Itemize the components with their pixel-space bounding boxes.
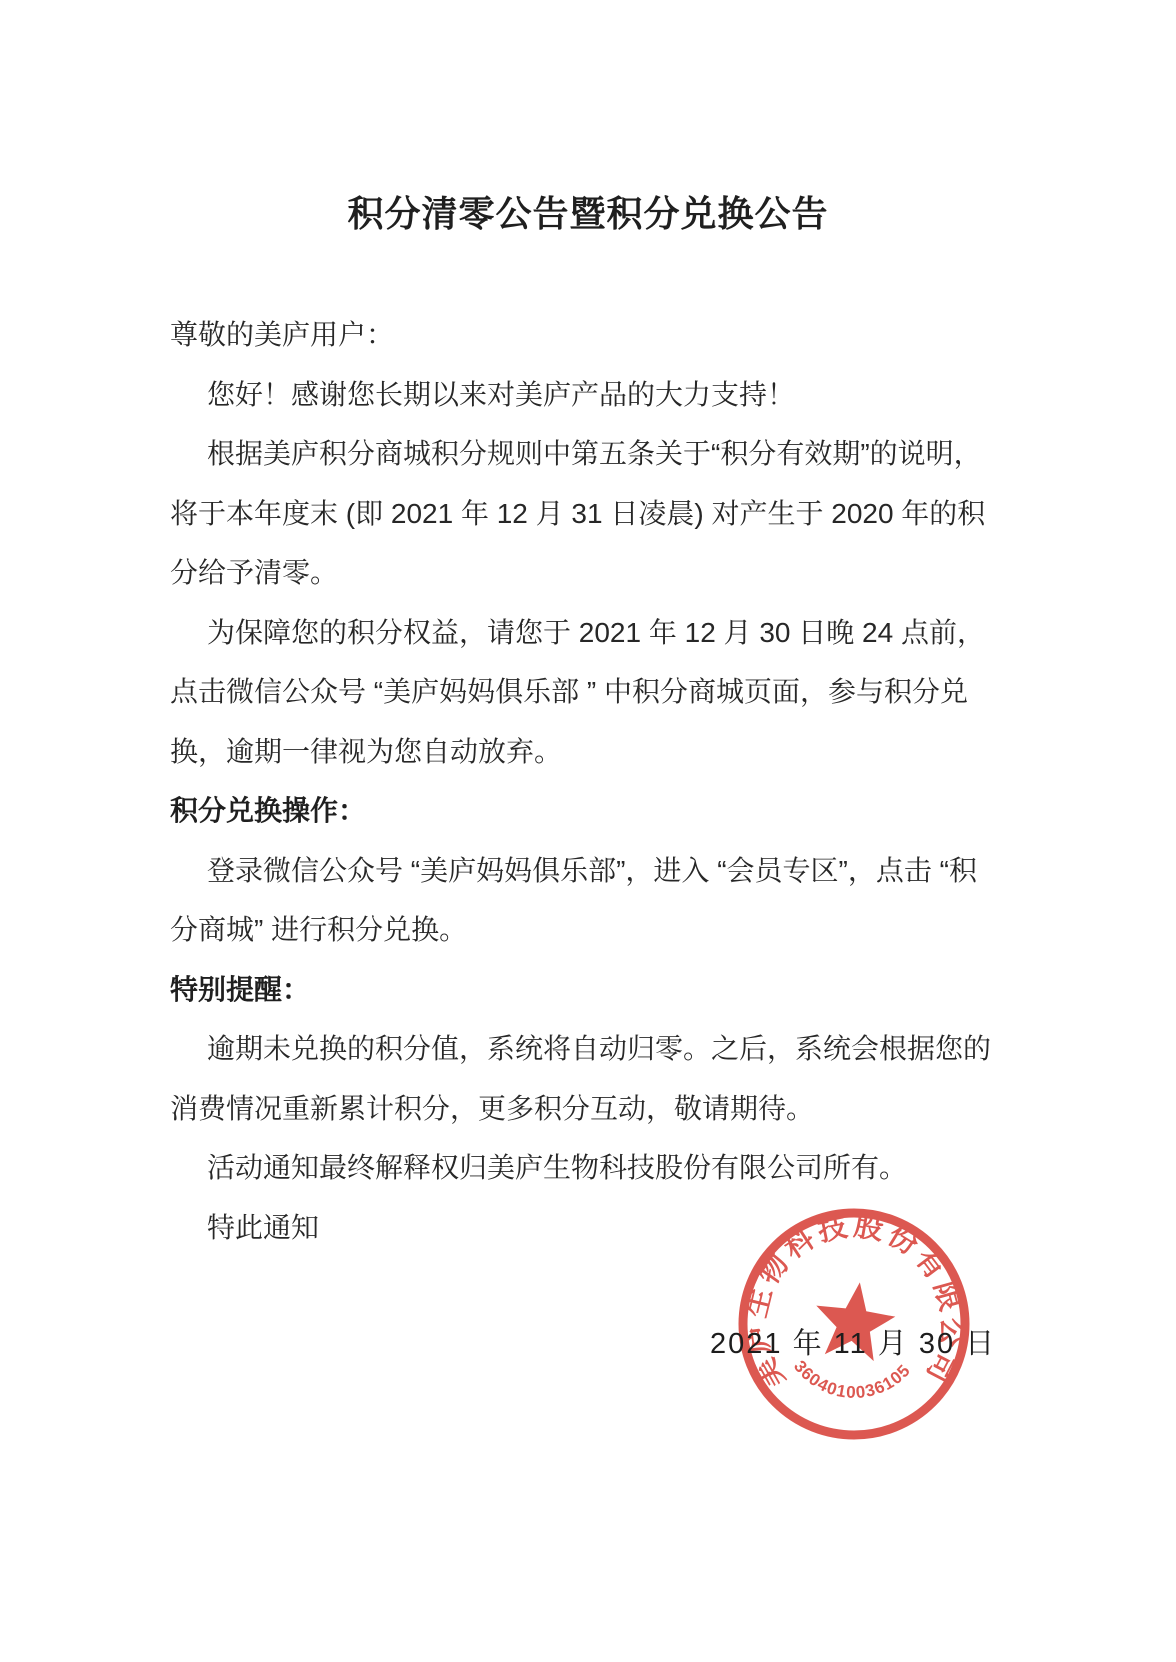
- document-line: 分给予清零。: [170, 543, 1040, 603]
- document-line: 点击微信公众号 “美庐妈妈俱乐部 ” 中积分商城页面，参与积分兑: [170, 662, 1040, 722]
- document-line: 换，逾期一律视为您自动放弃。: [170, 722, 1040, 782]
- document-line: 尊敬的美庐用户：: [170, 305, 1040, 365]
- document-date: 2021 年 11 月 30 日: [710, 1321, 996, 1362]
- document-line: 将于本年度末 (即 2021 年 12 月 31 日凌晨) 对产生于 2020 …: [170, 484, 1040, 544]
- document-line: 根据美庐积分商城积分规则中第五条关于“积分有效期”的说明，: [170, 424, 1040, 484]
- document-line: 为保障您的积分权益，请您于 2021 年 12 月 30 日晚 24 点前，: [170, 603, 1040, 663]
- document-line: 逾期未兑换的积分值，系统将自动归零。之后，系统会根据您的: [170, 1019, 1040, 1079]
- document-line: 消费情况重新累计积分，更多积分互动，敬请期待。: [170, 1079, 1040, 1139]
- document-title: 积分清零公告暨积分兑换公告: [0, 186, 1176, 237]
- document-line: 登录微信公众号 “美庐妈妈俱乐部”，进入 “会员专区”，点击 “积: [170, 841, 1040, 901]
- document-line: 分商城” 进行积分兑换。: [170, 900, 1040, 960]
- document-line: 您好！感谢您长期以来对美庐产品的大力支持！: [170, 365, 1040, 425]
- notice-document: 积分清零公告暨积分兑换公告 尊敬的美庐用户： 您好！感谢您长期以来对美庐产品的大…: [0, 0, 1176, 1662]
- document-body: 尊敬的美庐用户： 您好！感谢您长期以来对美庐产品的大力支持！ 根据美庐积分商城积…: [170, 305, 1040, 1257]
- document-section-heading: 特别提醒：: [170, 960, 1040, 1020]
- seal-serial-number: 3604010036105: [790, 1357, 914, 1402]
- document-section-heading: 积分兑换操作：: [170, 781, 1040, 841]
